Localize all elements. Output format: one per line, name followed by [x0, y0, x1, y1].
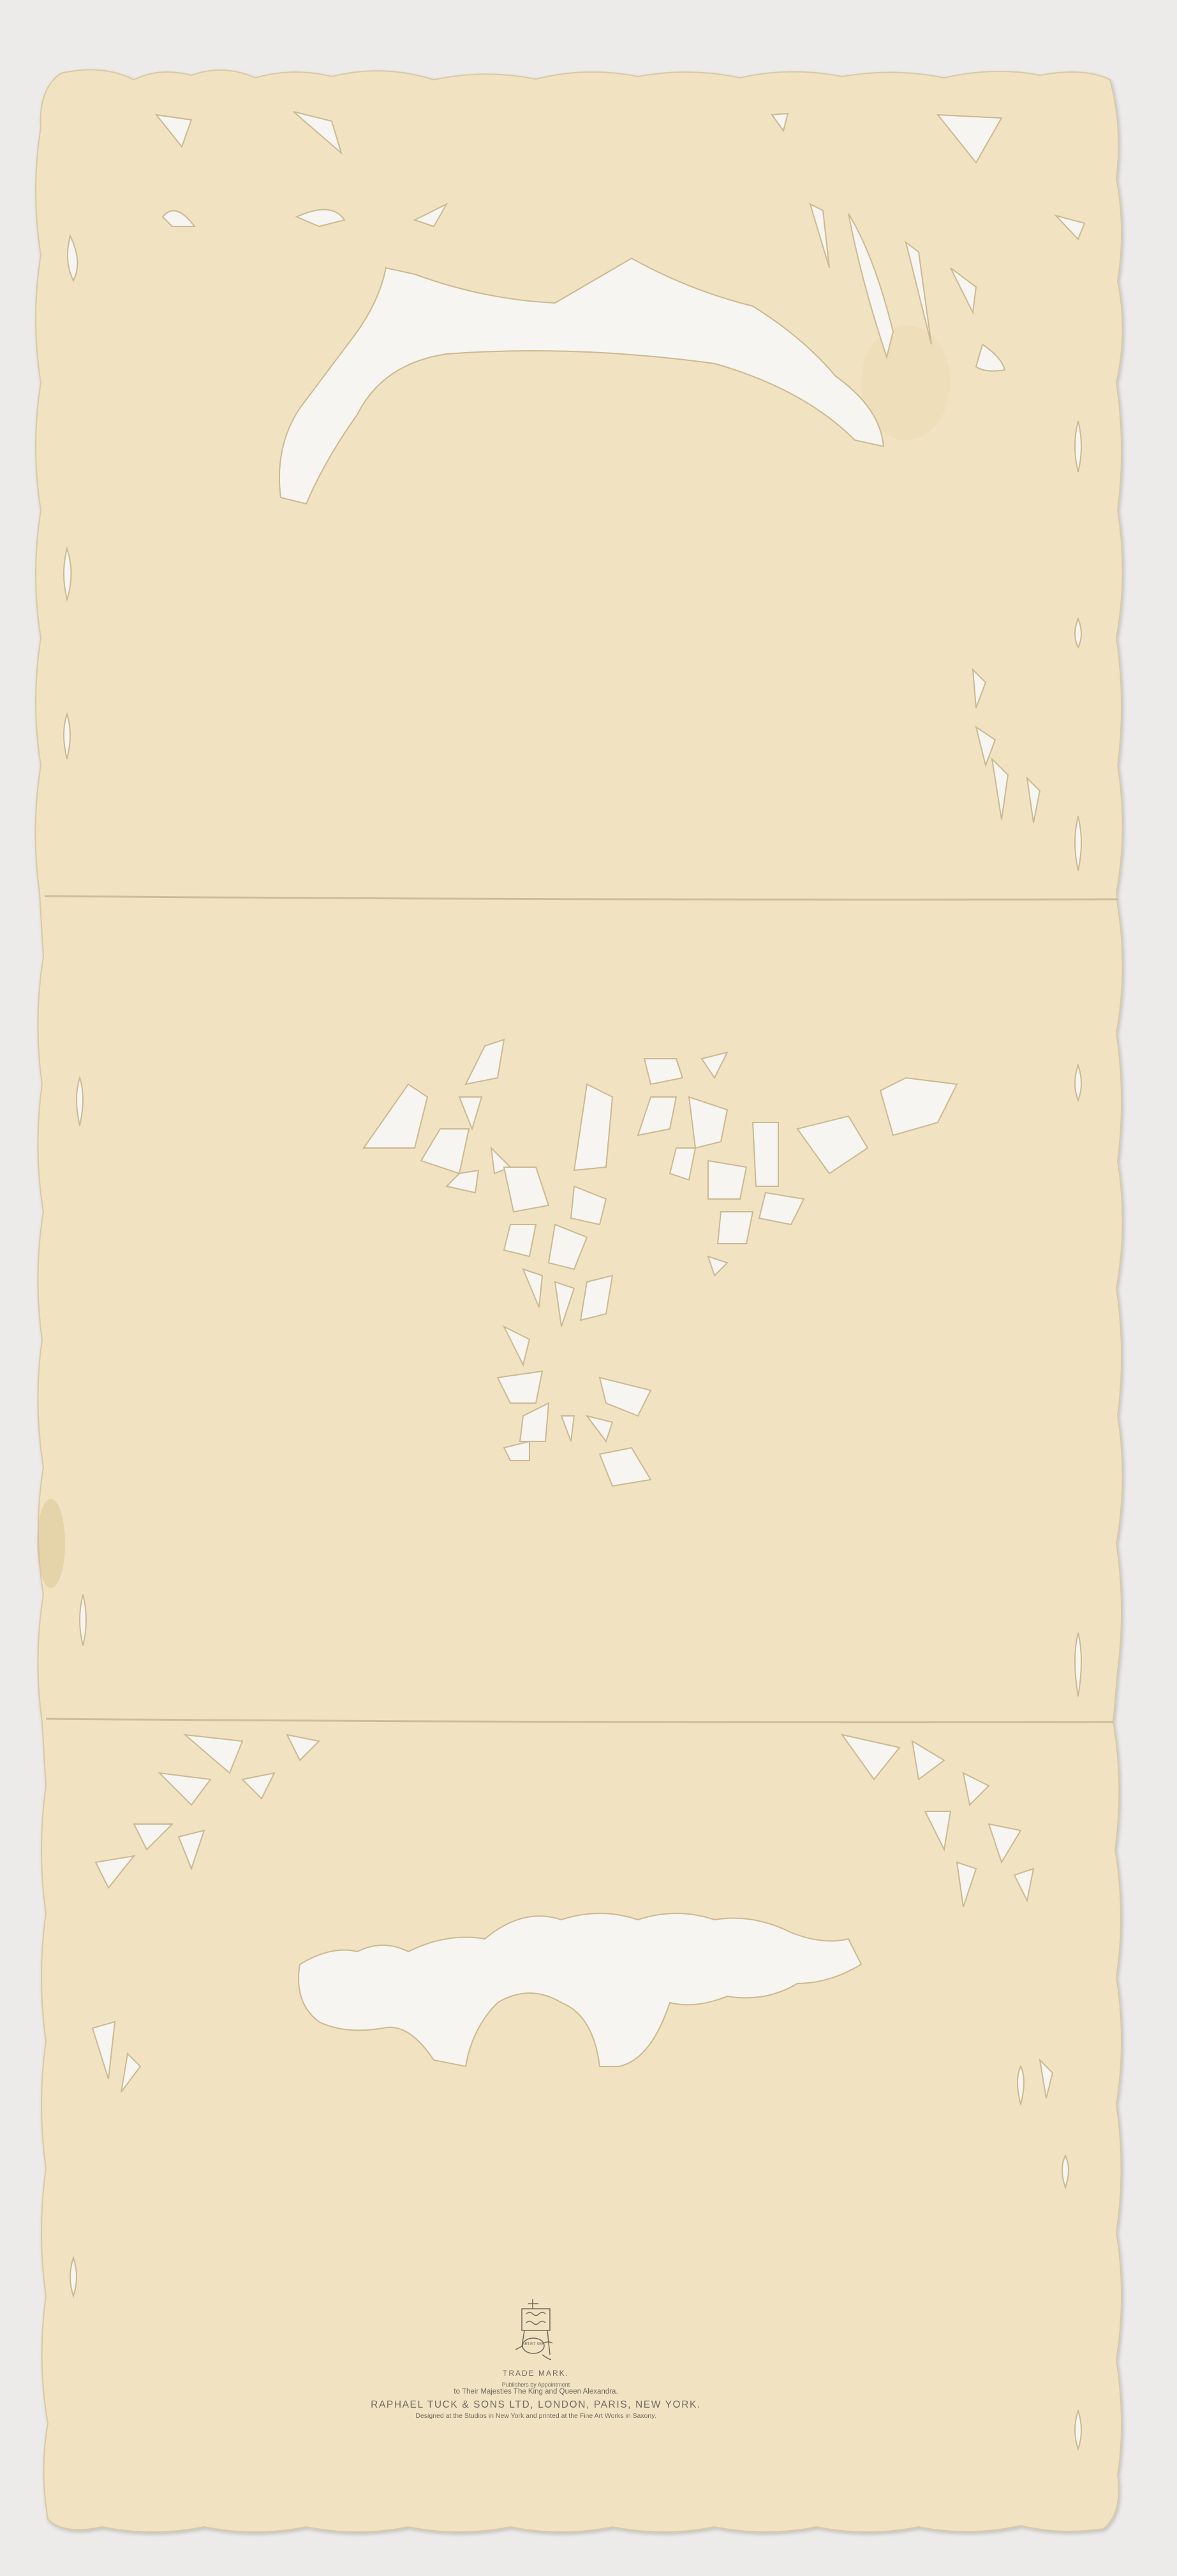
cutout: [1075, 2411, 1081, 2449]
card-stage: ARTIST SER TRADE MARK. Publishers by App…: [0, 0, 1177, 2576]
trademark-label: TRADE MARK.: [357, 2369, 714, 2378]
company-line: RAPHAEL TUCK & SONS LTD, LONDON, PARIS, …: [357, 2399, 714, 2411]
stain: [37, 1499, 65, 1588]
cutout: [80, 1594, 86, 1645]
svg-text:ARTIST SER: ARTIST SER: [522, 2343, 545, 2346]
card-body: [35, 70, 1122, 2532]
cutout: [708, 1161, 746, 1199]
publisher-imprint: ARTIST SER TRADE MARK. Publishers by App…: [357, 2296, 714, 2420]
cutout: [753, 1122, 778, 1186]
cutout: [504, 1225, 536, 1256]
cutout: [718, 1212, 753, 1244]
die-cut-card: [0, 0, 1177, 2576]
designed-line: Designed at the Studios in New York and …: [357, 2412, 714, 2420]
appointment-line-2: to Their Majesties The King and Queen Al…: [357, 2388, 714, 2396]
cutout: [70, 2258, 77, 2296]
cutout: [1075, 421, 1081, 472]
easel-and-palette-icon: ARTIST SER: [510, 2296, 561, 2366]
appointment-line-1: Publishers by Appointment: [357, 2381, 714, 2388]
